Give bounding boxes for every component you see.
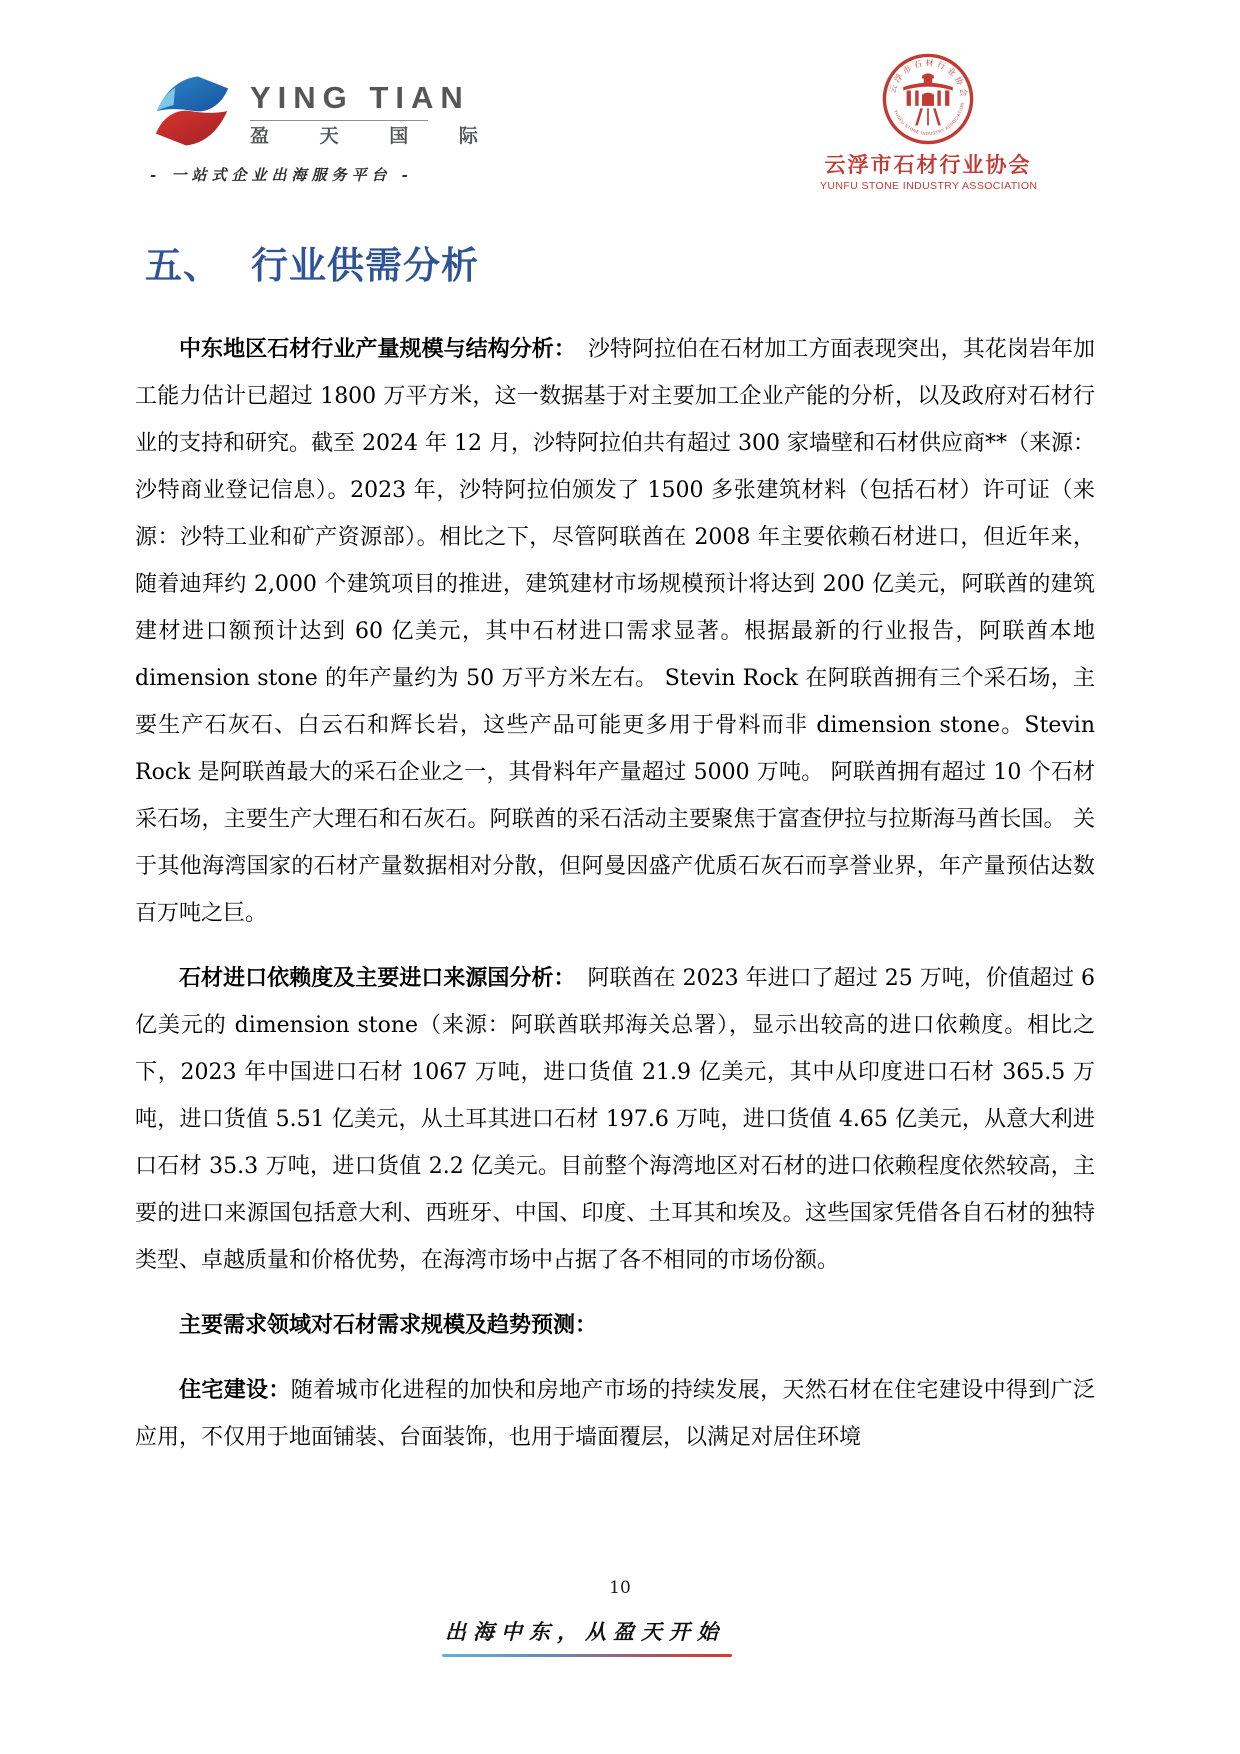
association-logo: 云浮市石材行业协会 YUNFU STONE INDUSTRY ASSOCIATI…	[820, 52, 1036, 192]
yingtian-tagline: - 一站式企业出海服务平台 -	[150, 164, 412, 185]
yingtian-logo: YING TIAN 盈 天 国 际 - 一站式企业出海服务平台 -	[150, 70, 430, 185]
yingtian-name-cn: 盈 天 国 际	[250, 127, 500, 146]
association-title-cn: 云浮市石材行业协会	[820, 152, 1036, 177]
paragraph-demand-forecast-heading: 主要需求领域对石材需求规模及趋势预测：	[135, 1302, 1095, 1349]
yingtian-name-en: YING TIAN	[250, 82, 500, 113]
section-heading: 五、行业供需分析	[145, 244, 1095, 286]
page-number: 10	[0, 1578, 1240, 1598]
paragraph-import-analysis: 石材进口依赖度及主要进口来源国分析：阿联酋在 2023 年进口了超过 25 万吨…	[135, 955, 1095, 1284]
paragraph-lead: 石材进口依赖度及主要进口来源国分析：	[179, 965, 575, 991]
logo-divider	[250, 120, 428, 121]
main-content: 五、行业供需分析 中东地区石材行业产量规模与结构分析：沙特阿拉伯在石材加工方面表…	[0, 0, 1240, 1461]
paragraph-production-analysis: 中东地区石材行业产量规模与结构分析：沙特阿拉伯在石材加工方面表现突出，其花岗岩年…	[135, 326, 1095, 937]
yingtian-hexagon-wave-icon	[150, 70, 234, 152]
paragraph-body: 沙特阿拉伯在石材加工方面表现突出，其花岗岩年加工能力估计已超过 1800 万平方…	[135, 337, 1095, 926]
section-title: 行业供需分析	[251, 243, 479, 287]
document-page: YING TIAN 盈 天 国 际 - 一站式企业出海服务平台 - 云浮市石材行…	[0, 0, 1240, 1754]
association-title-en: YUNFU STONE INDUSTRY ASSOCIATION	[820, 180, 1036, 192]
paragraph-body: 阿联酋在 2023 年进口了超过 25 万吨，价值超过 6 亿美元的 dimen…	[135, 966, 1095, 1273]
body-text: 中东地区石材行业产量规模与结构分析：沙特阿拉伯在石材加工方面表现突出，其花岗岩年…	[135, 326, 1095, 1461]
svg-text:YUNFU STONE INDUSTRY ASSOCIATI: YUNFU STONE INDUSTRY ASSOCIATION	[893, 102, 965, 136]
paragraph-lead: 主要需求领域对石材需求规模及趋势预测：	[179, 1312, 597, 1338]
section-number: 五、	[145, 243, 221, 287]
seal-gate-icon	[903, 73, 953, 125]
footer-gradient-line	[442, 1654, 732, 1657]
association-seal-icon: 云浮市石材行业协会 YUNFU STONE INDUSTRY ASSOCIATI…	[881, 52, 975, 146]
seal-bottom-text: YUNFU STONE INDUSTRY ASSOCIATION	[893, 102, 965, 136]
paragraph-lead: 住宅建设：	[179, 1377, 291, 1403]
paragraph-lead: 中东地区石材行业产量规模与结构分析：	[179, 336, 576, 362]
paragraph-residential-construction: 住宅建设：随着城市化进程的加快和房地产市场的持续发展，天然石材在住宅建设中得到广…	[135, 1367, 1095, 1461]
footer-slogan: 出海中东，从盈天开始	[0, 1616, 1205, 1646]
